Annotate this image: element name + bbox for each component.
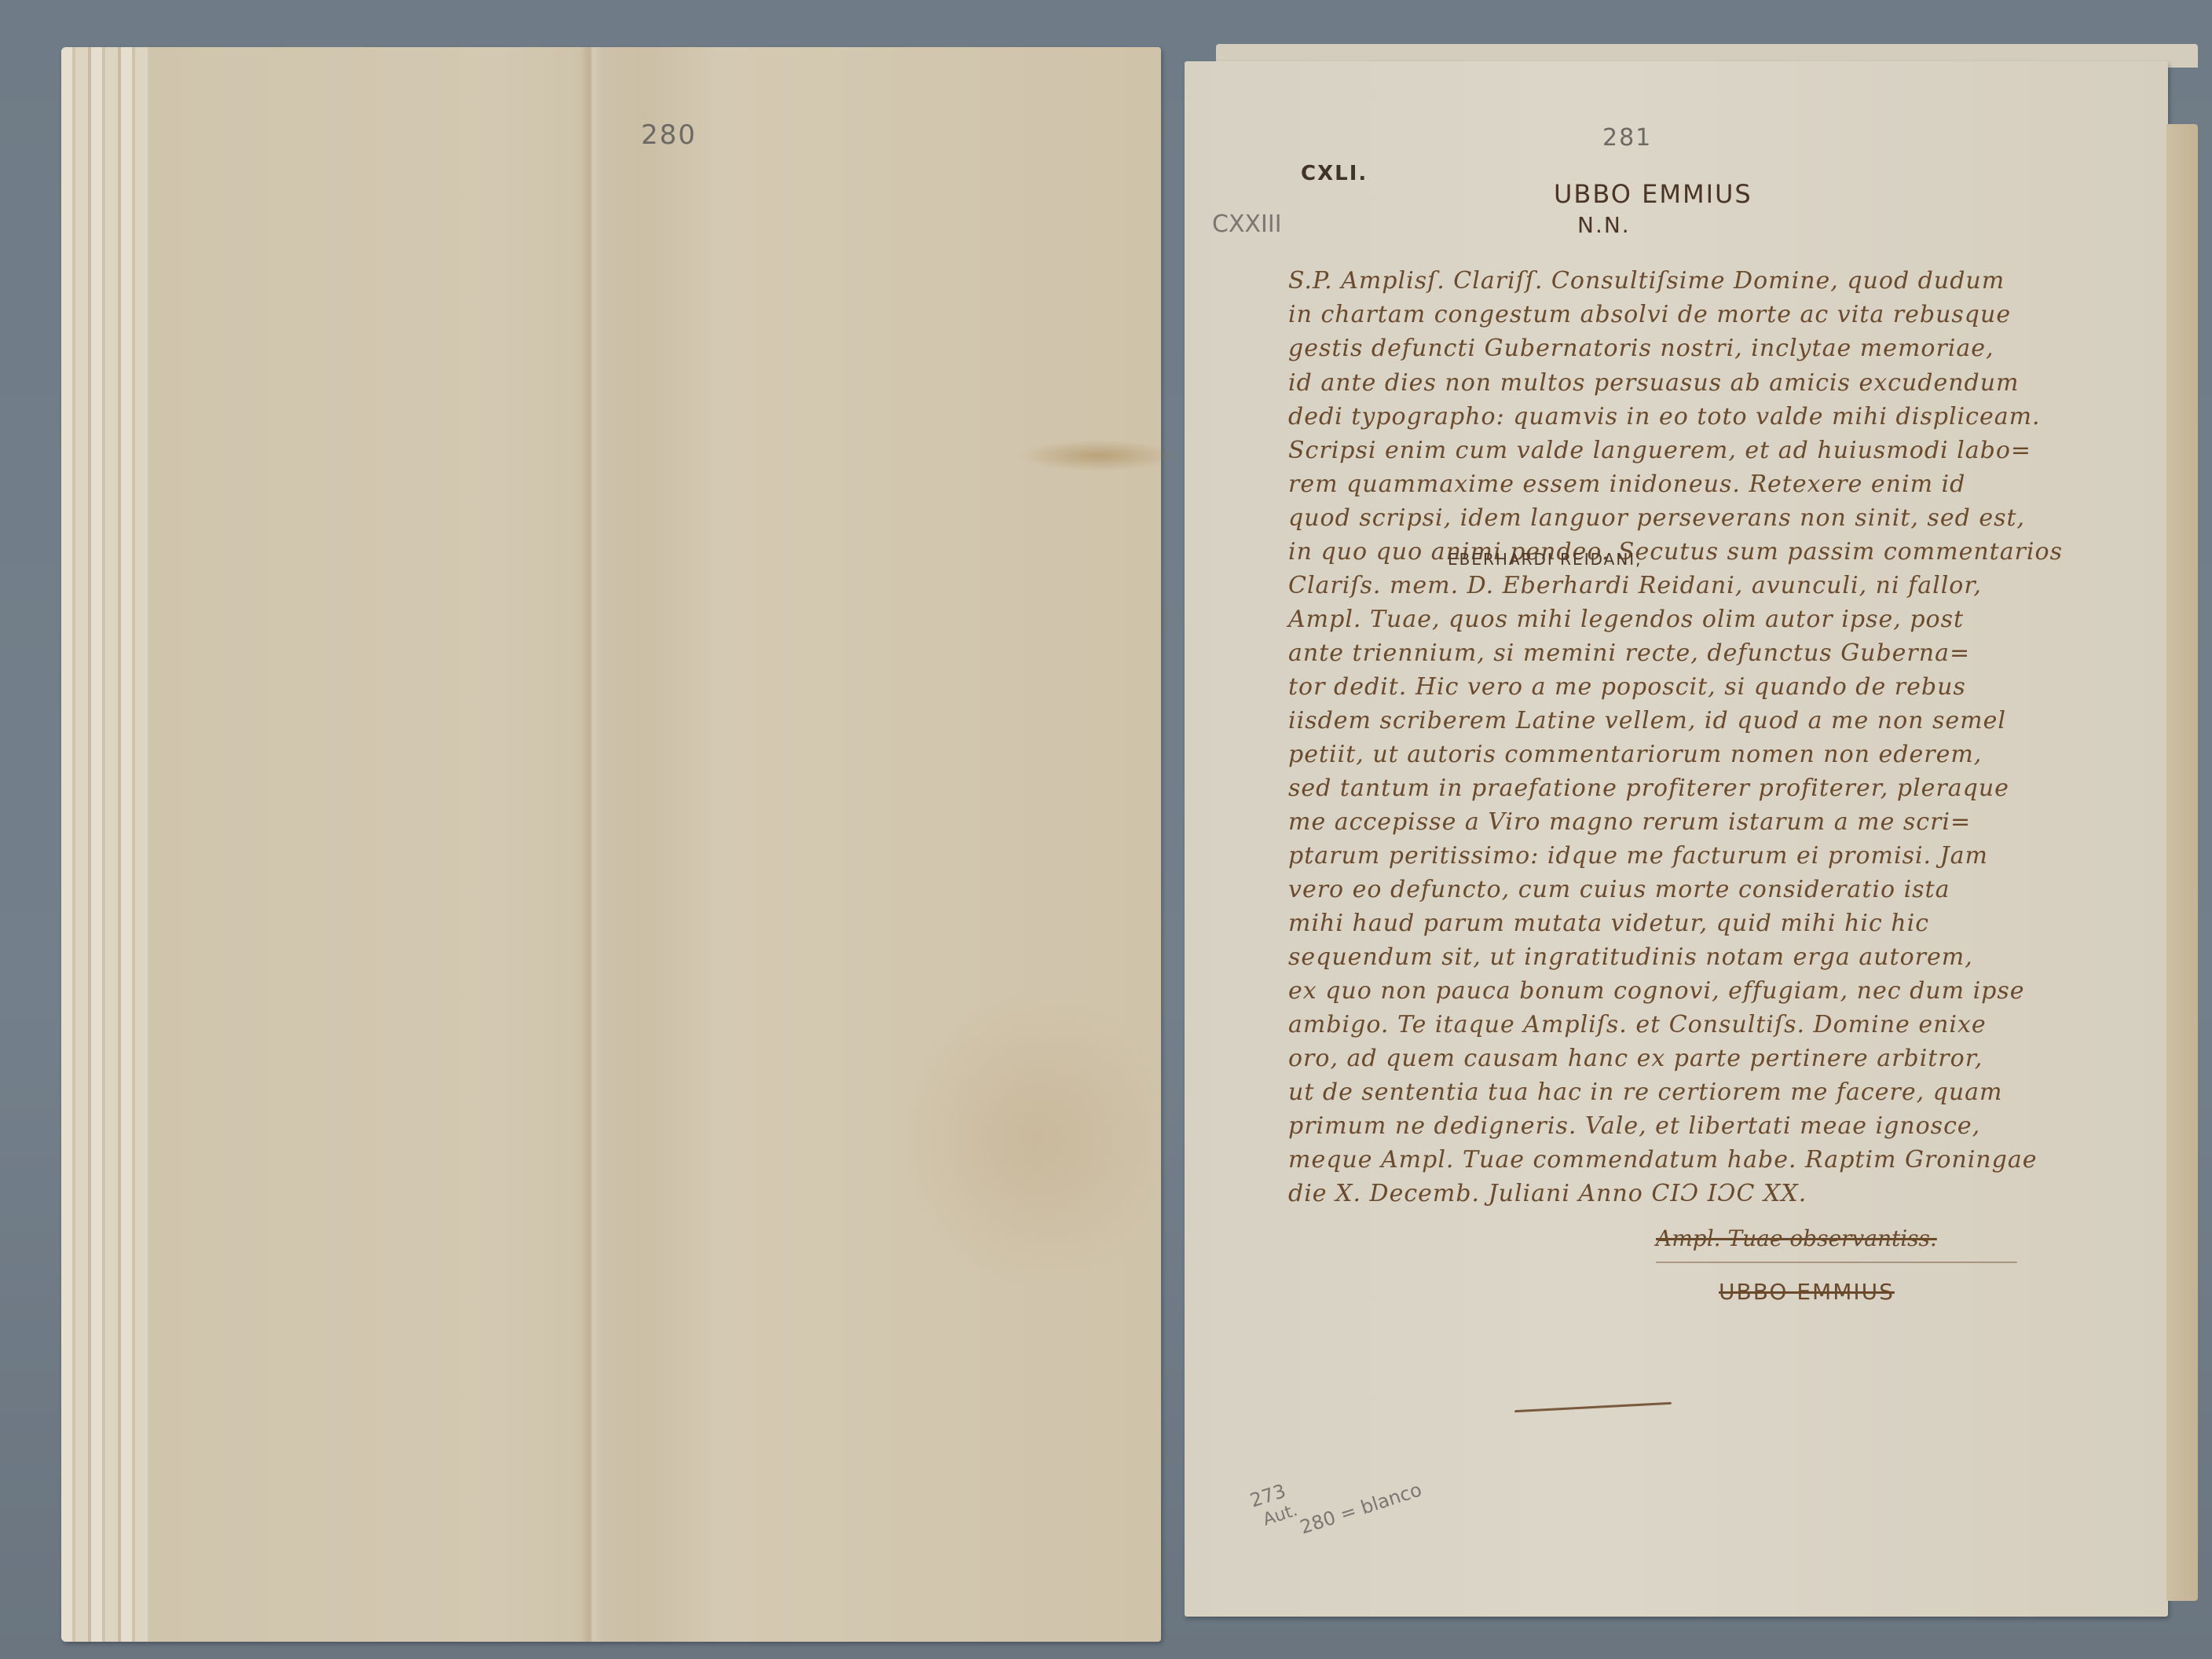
- letter-line: tor dedit. Hic vero a me poposcit, si qu…: [1288, 673, 1966, 701]
- letter-line: ex quo non pauca bonum cognovi, effugiam…: [1288, 977, 2025, 1005]
- letter-line: Ampl. Tuae, quos mihi legendos olim auto…: [1288, 606, 1964, 633]
- letter-line: vero eo defuncto, cum cuius morte consid…: [1288, 876, 1950, 903]
- letter-line: mihi haud parum mutata videtur, quid mih…: [1288, 910, 1929, 937]
- letter-line: dedi typographo: quamvis in eo toto vald…: [1288, 403, 2041, 430]
- letter-line: primum ne dedigneris. Vale, et libertati…: [1288, 1112, 1980, 1140]
- right-page-letter: 281 CXLI. CXXIII UBBO EMMIUS N.N. S.P. A…: [1185, 61, 2168, 1617]
- letter-line: quod scripsi, idem languor perseverans n…: [1288, 504, 2025, 532]
- heading-recipient: N.N.: [1577, 212, 1631, 238]
- letter-line: petiit, ut autoris commentariorum nomen …: [1288, 741, 1982, 768]
- heading-author: UBBO EMMIUS: [1554, 179, 1752, 209]
- letter-line: oro, ad quem causam hanc ex parte pertin…: [1288, 1045, 1983, 1072]
- pencil-note: 280 = blanco: [1298, 1478, 1425, 1538]
- letter-line: die X. Decemb. Juliani Anno CIƆ IƆC XX.: [1288, 1180, 1807, 1207]
- underlying-leaf: [1216, 44, 2198, 68]
- closing-formula: Ampl. Tuae observantiss.: [1656, 1225, 1937, 1251]
- closing-underline: [1656, 1262, 2017, 1263]
- letter-line: me accepisse a Viro magno rerum istarum …: [1288, 808, 1971, 836]
- stain-mark: [1020, 440, 1177, 471]
- left-page-blank: 280: [61, 47, 1161, 1642]
- letter-line: S.P. Amplisſ. Clariſſ. Consultiſsime Dom…: [1288, 267, 2005, 295]
- letter-line: ptarum peritissimo: idque me facturum ei…: [1288, 842, 1988, 870]
- page-edge-right: [2166, 124, 2198, 1601]
- letter-line: sequendum sit, ut ingratitudinis notam e…: [1288, 943, 1973, 971]
- letter-line: in quo quo animi pendeo. Secutus sum pas…: [1288, 538, 2063, 566]
- letter-line: iisdem scriberem Latine vellem, id quod …: [1288, 707, 2006, 734]
- letter-line: ante triennium, si memini recte, defunct…: [1288, 639, 1970, 667]
- letter-line: sed tantum in praefatione profiterer pro…: [1288, 775, 2009, 802]
- page-fold: [580, 47, 602, 1642]
- letter-line: meque Ampl. Tuae commendatum habe. Rapti…: [1288, 1146, 2037, 1174]
- folio-number-left: 280: [641, 119, 697, 151]
- letter-line: id ante dies non multos persuasus ab ami…: [1288, 369, 2020, 397]
- folio-number-right: 281: [1602, 124, 1652, 152]
- page-edge-stack: [61, 47, 148, 1642]
- letter-line: rem quammaxime essem inidoneus. Retexere…: [1288, 471, 1965, 498]
- signature: UBBO EMMIUS: [1719, 1279, 1895, 1305]
- letter-number-ink: CXLI.: [1301, 162, 1368, 185]
- letter-line: ambigo. Te itaque Ampliſs. et Consultiſs…: [1288, 1011, 1987, 1038]
- letter-line: in chartam congestum absolvi de morte ac…: [1288, 301, 2011, 328]
- stain-mark-faint: [894, 990, 1177, 1288]
- letter-line: ut de sententia tua hac in re certiorem …: [1288, 1079, 2003, 1106]
- letter-number-pencil: CXXIII: [1212, 211, 1282, 238]
- letter-line: Scripsi enim cum valde languerem, et ad …: [1288, 437, 2031, 464]
- letter-line: Clariſs. mem. D. Eberhardi Reidani, avun…: [1288, 572, 1982, 599]
- interlinear-insertion: EBERHARDI REIDANI,: [1448, 550, 1643, 569]
- pen-stroke: [1514, 1402, 1672, 1412]
- letter-line: gestis defuncti Gubernatoris nostri, inc…: [1288, 335, 1994, 362]
